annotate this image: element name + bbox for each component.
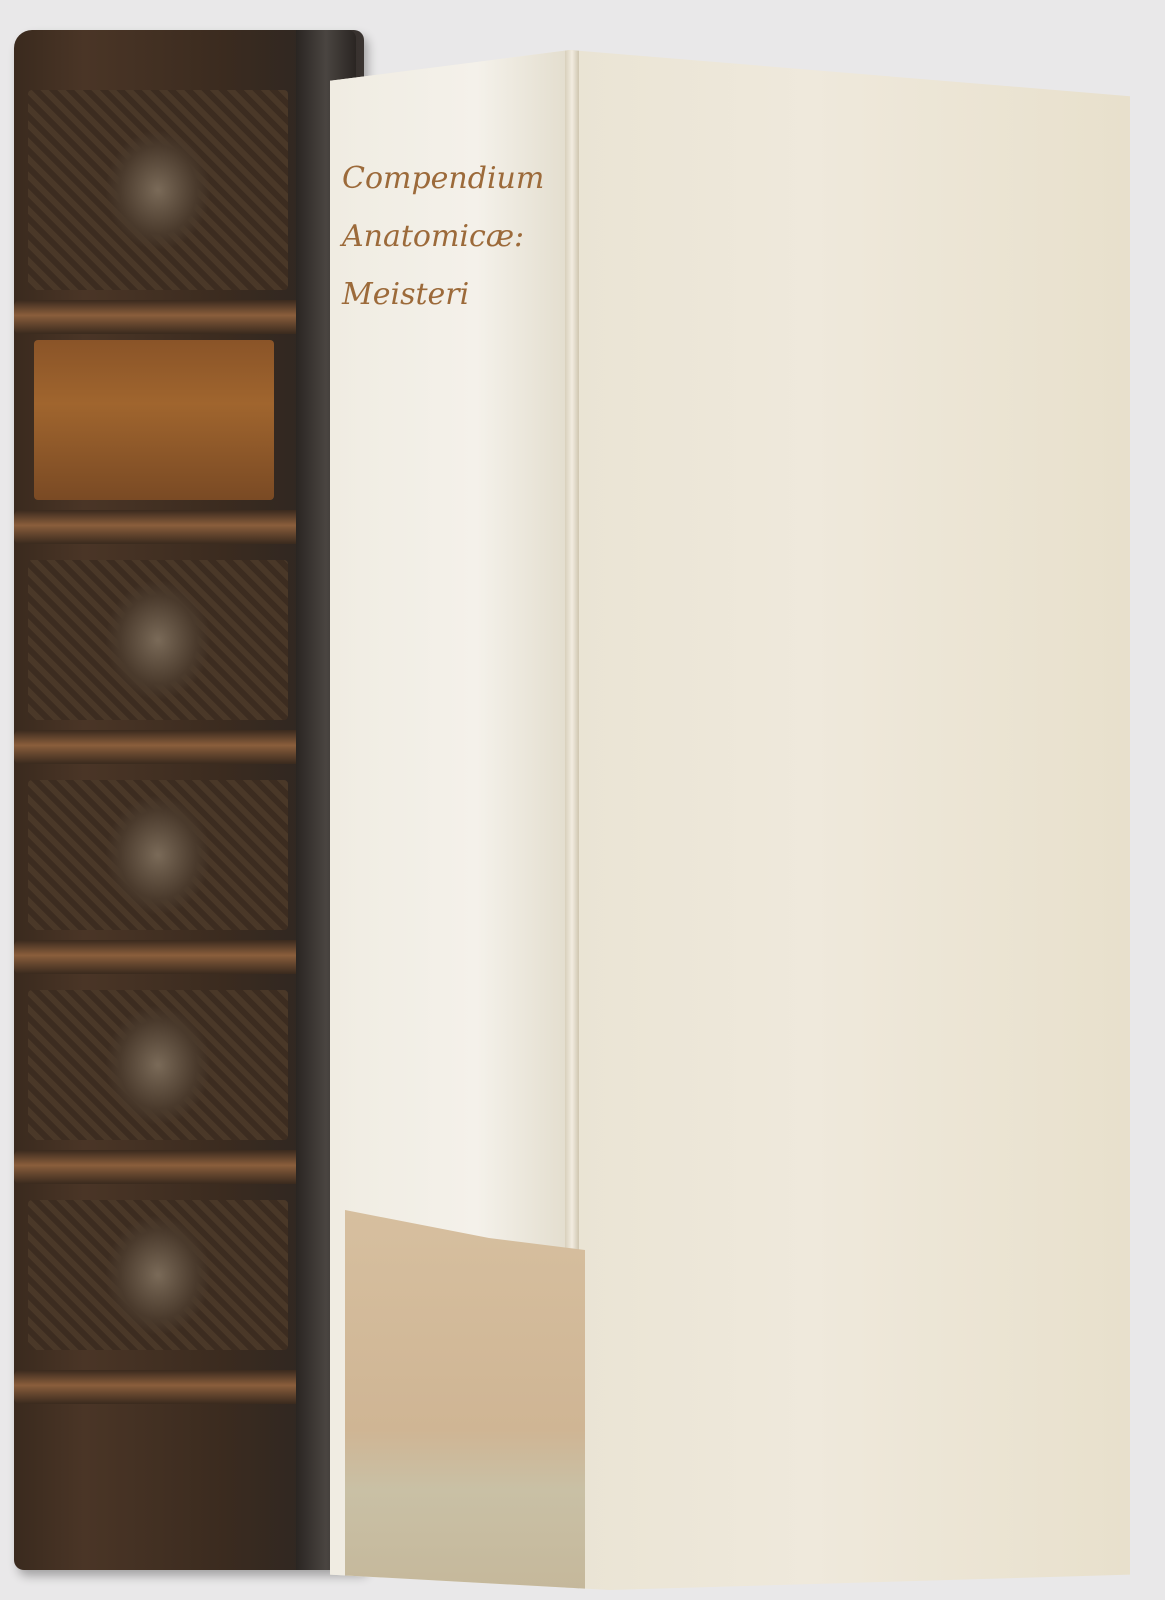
- ornament-panel: [28, 990, 288, 1140]
- vellum-bound-book: Compendium Anatomicæ: Meisteri: [330, 50, 1130, 1590]
- raised-band: [14, 300, 304, 334]
- ornament-panel: [28, 560, 288, 720]
- handwritten-spine-title: Compendium Anatomicæ: Meisteri: [342, 150, 562, 324]
- raised-band: [14, 1370, 304, 1404]
- leather-bound-book: [14, 30, 364, 1570]
- ornament-panel: [28, 1200, 288, 1350]
- spine-title-line: Meisteri: [342, 266, 562, 324]
- spine-title-line: Compendium: [342, 150, 562, 208]
- torn-spine-cloth: [345, 1190, 585, 1590]
- raised-band: [14, 730, 304, 764]
- raised-band: [14, 510, 304, 544]
- spine-label: [34, 340, 274, 500]
- ornament-panel: [28, 90, 288, 290]
- spine-title-line: Anatomicæ:: [342, 208, 562, 266]
- ornament-panel: [28, 780, 288, 930]
- raised-band: [14, 940, 304, 974]
- photo-scene: Compendium Anatomicæ: Meisteri: [0, 0, 1165, 1600]
- raised-band: [14, 1150, 304, 1184]
